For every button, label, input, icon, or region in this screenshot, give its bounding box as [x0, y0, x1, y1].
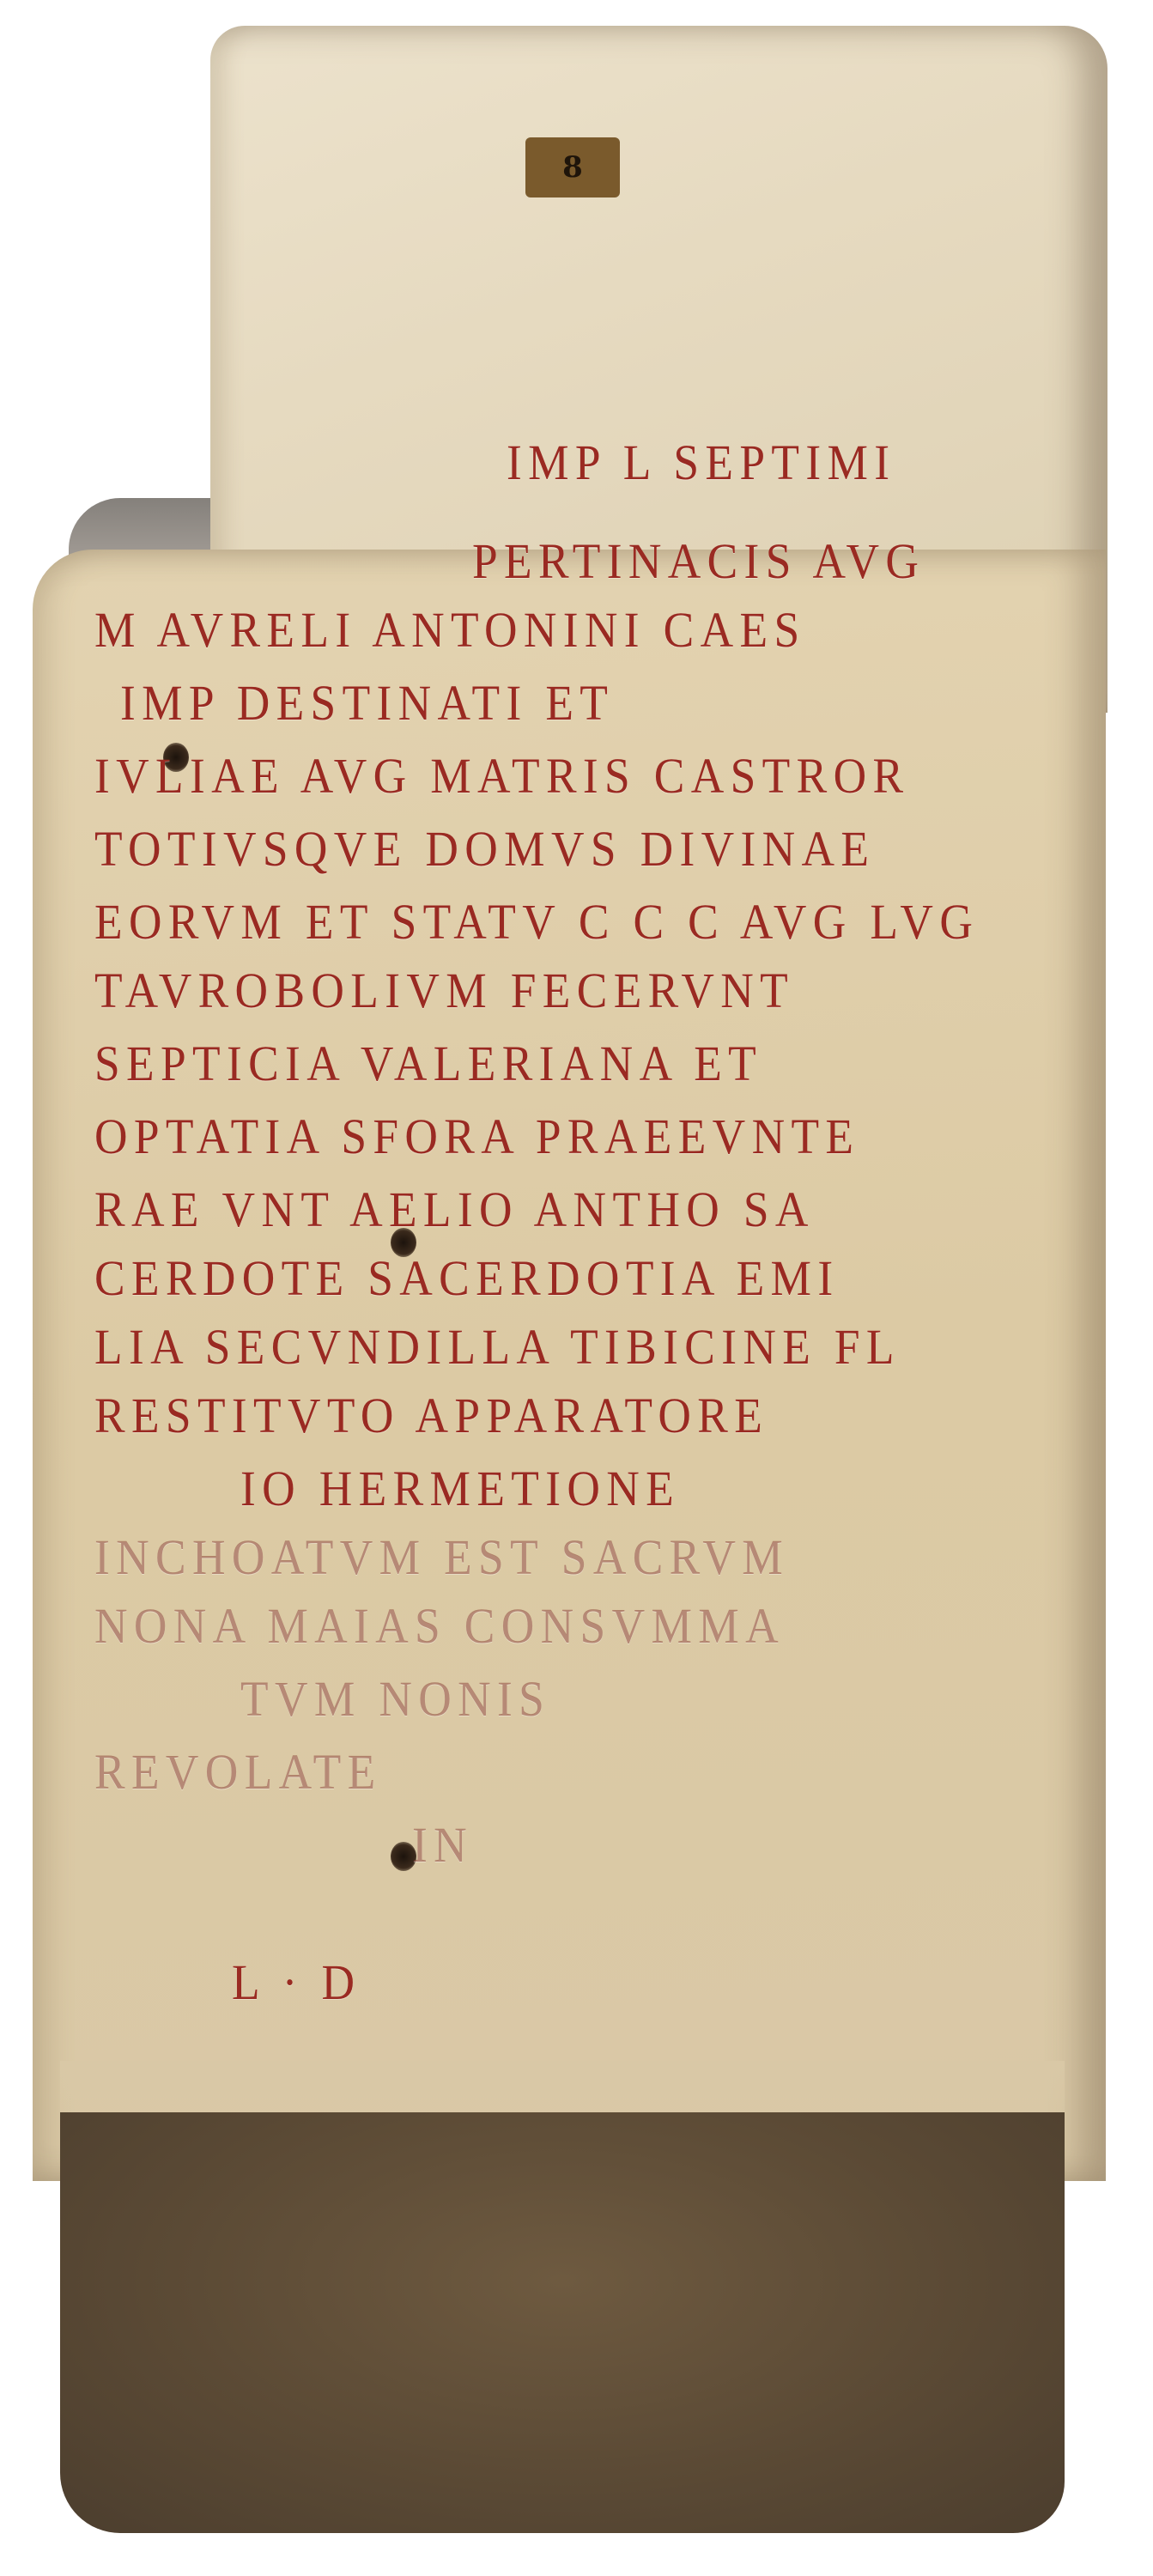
inscription-line: OPTATIA SFORA PRAEEVNTE: [94, 1108, 859, 1165]
inscription-line: TAVROBOLIVM FECERVNT: [94, 962, 794, 1019]
inscription-line: EORVM ET STATV C C C AVG LVG: [94, 893, 979, 951]
inscription-line: M AVRELI ANTONINI CAES: [94, 601, 805, 659]
inscription-line: PERTINACIS AVG: [472, 532, 925, 590]
museum-number-text: 8: [562, 150, 583, 185]
inscription-line: IMP DESTINATI ET: [120, 674, 614, 732]
inscription-line: CERDOTE SACERDOTIA EMI: [94, 1249, 839, 1307]
inscription-line: NONA MAIAS CONSVMMA: [94, 1597, 785, 1655]
inscription-line: IN: [412, 1816, 473, 1874]
inscription-line: TOTIVSQVE DOMVS DIVINAE: [94, 820, 875, 878]
altar-weathered-base: [60, 2112, 1065, 2533]
inscription-line: INCHOATVM EST SACRVM: [94, 1528, 789, 1586]
inscription-line: IMP L SEPTIMI: [507, 434, 895, 491]
photo-stage: 8 IMP L SEPTIMI PERTINACIS AVG M AVRELI …: [0, 0, 1153, 2576]
inscription-line: SEPTICIA VALERIANA ET: [94, 1035, 762, 1092]
inscription-line: RESTITVTO APPARATORE: [94, 1387, 768, 1444]
inscription-line: RAE VNT AELIO ANTHO SA: [94, 1181, 815, 1238]
inscription-line: IVLIAE AVG MATRIS CASTROR: [94, 747, 909, 805]
inscription-line: REVOLATE: [94, 1743, 382, 1801]
inscription-line: TVM NONIS: [240, 1670, 550, 1728]
inscription-line: LIA SECVNDILLA TIBICINE FL: [94, 1318, 901, 1376]
museum-number-tag: 8: [525, 137, 620, 197]
inscription-line: L · D: [232, 1953, 361, 2011]
inscription-line: IO HERMETIONE: [240, 1460, 680, 1517]
